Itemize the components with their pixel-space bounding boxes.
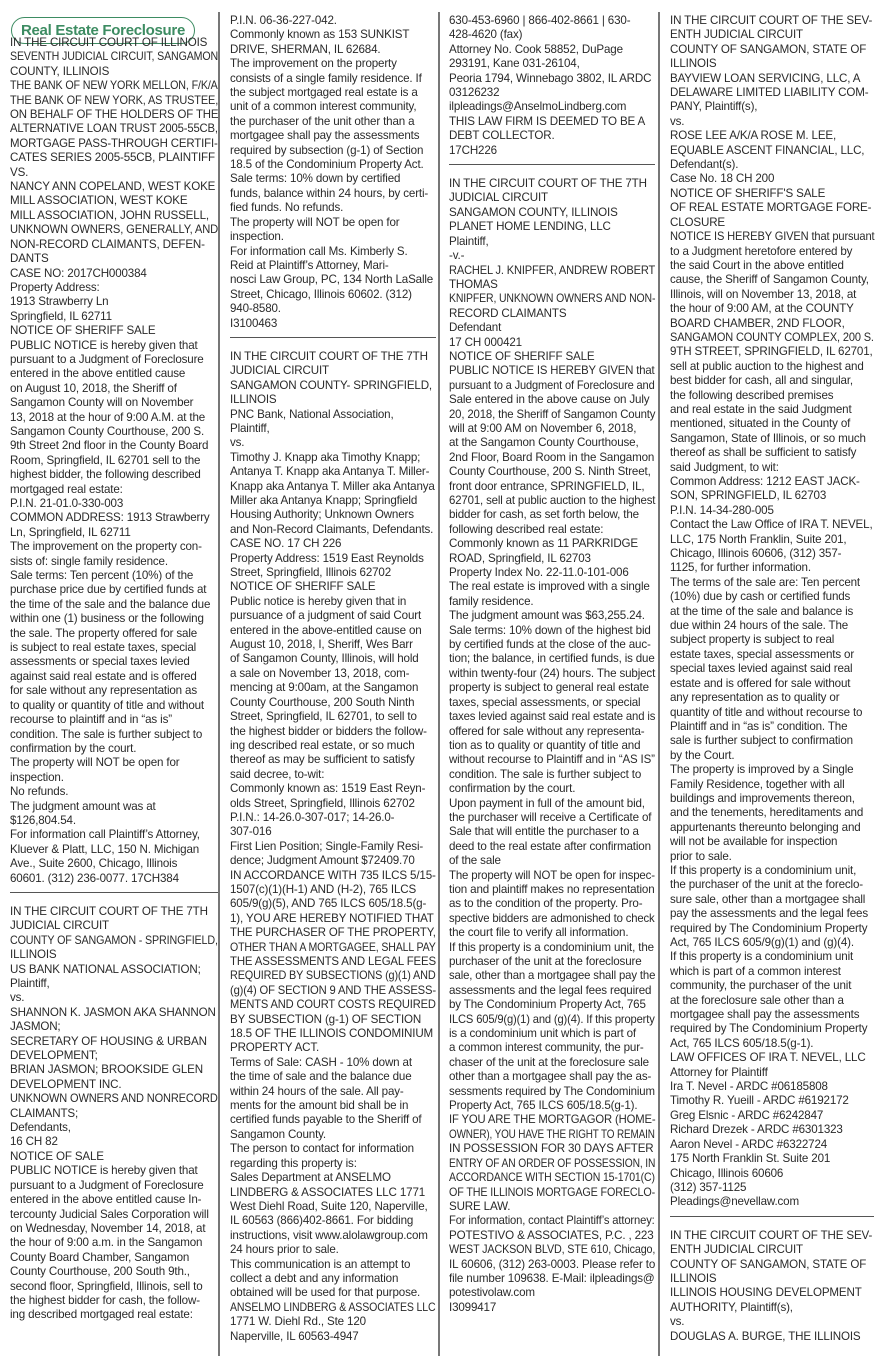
notice-line: Richard Drezek - ARDC #6301323 bbox=[670, 1123, 843, 1137]
notice-line: Upon payment in full of the amount bid, bbox=[449, 797, 645, 811]
notice-line: The property will NOT be open for bbox=[230, 216, 399, 230]
notice-line: The real estate is improved with a singl… bbox=[449, 580, 650, 594]
notice-line: tion as to quality or quantity of title … bbox=[449, 739, 640, 753]
notice-line: PUBLIC NOTICE is hereby given that bbox=[10, 1164, 198, 1178]
notice-line: SECRETARY OF HOUSING & URBAN bbox=[10, 1035, 207, 1049]
notice-line: vs. bbox=[230, 436, 244, 450]
notice-line: ANSELMO LINDBERG & ASSOCIATES LLC bbox=[230, 1301, 436, 1315]
notice-line: 1125, for further information. bbox=[670, 561, 811, 575]
notice-line: at the time of the sale and balance is bbox=[670, 605, 853, 619]
notice-line: Common Address: 1212 EAST JACK- bbox=[670, 475, 860, 489]
notice-line: instructions, visit www.alolawgroup.com bbox=[230, 1229, 428, 1243]
notice-line: DELAWARE LIMITED LIABILITY COM- bbox=[670, 86, 869, 100]
notice-line: The improvement on the property bbox=[230, 57, 397, 71]
notice-line: Aaron Nevel - ARDC #6322724 bbox=[670, 1138, 827, 1152]
notice-line: and real estate in the said Judgment bbox=[670, 403, 852, 417]
notice-line: CLAIMANTS; bbox=[10, 1107, 78, 1121]
notice-line: pursuant to a Judgment of Foreclosure an… bbox=[449, 379, 655, 393]
notice-line: Sale that will entitle the purchaser to … bbox=[449, 825, 639, 839]
notice-line: For information call Plaintiff’s Attorne… bbox=[10, 828, 200, 842]
notice-line: MORTGAGE PASS-THROUGH CERTIFI- bbox=[10, 137, 218, 151]
notice-line: THE BANK OF NEW YORK MELLON, F/K/A bbox=[10, 79, 218, 93]
notice-line: purchase price due by certified funds at bbox=[10, 583, 206, 597]
notice-line: sale is further subject to confirmation bbox=[670, 734, 853, 748]
notice-line: 940-8580. bbox=[230, 302, 281, 316]
notice-line: US BANK NATIONAL ASSOCIATION; bbox=[10, 963, 201, 977]
notice-line: 9TH STREET, SPRINGFIELD, IL 62701, bbox=[670, 345, 873, 359]
notice-line: P.I.N.: 14-26.0-307-017; 14-26.0- bbox=[230, 811, 394, 825]
notice-line: Public notice is hereby given that in bbox=[230, 595, 406, 609]
notice-line: the time of sale and the balance due bbox=[230, 1070, 412, 1084]
notice-line: Attorney No. Cook 58852, DuPage bbox=[449, 43, 623, 57]
notice-line: DEBT COLLECTOR. bbox=[449, 129, 555, 143]
notice-line: RECORD CLAIMANTS bbox=[449, 307, 566, 321]
notice-line: of the sale bbox=[449, 854, 501, 868]
notice-line: For information, contact Plaintiff’s att… bbox=[449, 1214, 655, 1228]
notice-line: special taxes levied against said real bbox=[670, 662, 852, 676]
notice-line: DANTS bbox=[10, 252, 49, 266]
notice-line: The property will NOT be open for bbox=[10, 756, 179, 770]
notice-line: Commonly known as: 1519 East Reyn- bbox=[230, 782, 425, 796]
notice-line: If this property is a condominium unit, bbox=[670, 864, 856, 878]
notice-line: Street, Springfield, Illinois 62702 bbox=[230, 566, 391, 580]
notice-line: COUNTY OF SANGAMON, STATE OF bbox=[670, 43, 866, 57]
notice-line: family residence. bbox=[449, 595, 533, 609]
notice-line: MENTS AND COURT COSTS REQUIRED bbox=[230, 998, 436, 1012]
notice-line: DRIVE, SHERMAN, IL 62684. bbox=[230, 43, 380, 57]
notice-line: Chicago, Illinois 60606 bbox=[670, 1167, 783, 1181]
notice-line: a sale on November 13, 2018, com- bbox=[230, 667, 409, 681]
notice-line: The judgment amount was at bbox=[10, 800, 156, 814]
notice-line: offered for sale without any representa- bbox=[449, 725, 645, 739]
notice-line: ILCS 605/9(g)(1) and (g)(4). If this pro… bbox=[449, 1013, 655, 1027]
notice-line: following described real estate: bbox=[449, 523, 603, 537]
notice-line: SANGAMON COUNTY, ILLINOIS bbox=[449, 206, 618, 220]
notice-line: Terms of Sale: CASH - 10% down at bbox=[230, 1056, 412, 1070]
notice-line: I3100463 bbox=[230, 317, 277, 331]
notice-line: other than a mortgagee shall pay the as- bbox=[449, 1070, 651, 1084]
notice-line: SON, SPRINGFIELD, IL 62703 bbox=[670, 489, 826, 503]
notice-line: P.I.N. 06-36-227-042. bbox=[230, 14, 337, 28]
notice-line: second floor, Springfield, Illinois, sel… bbox=[10, 1280, 203, 1294]
notice-line: pursuant to a Judgment of Foreclosure bbox=[10, 353, 204, 367]
notice-line: the highest bidder or bidders the follow… bbox=[230, 725, 427, 739]
notice-line: nosci Law Group, PC, 134 North LaSalle bbox=[230, 273, 433, 287]
notice-line: ENTRY OF AN ORDER OF POSSESSION, IN bbox=[449, 1157, 655, 1171]
notice-line: the following described premises bbox=[670, 389, 833, 403]
notice-line: UNKNOWN OWNERS AND NONRECORD bbox=[10, 1092, 218, 1106]
notice-line: Sale terms: 10% down of the highest bid bbox=[449, 624, 651, 638]
notice-line: thereof as shall be sufficient to satisf… bbox=[670, 446, 856, 460]
newspaper-page: Real Estate Foreclosure IN THE CIRCUIT C… bbox=[0, 0, 877, 1364]
notice-line: REQUIRED BY SUBSECTIONS (g)(1) AND bbox=[230, 969, 436, 983]
notice-line: for sale without any representation as bbox=[10, 684, 197, 698]
notice-line: IN THE CIRCUIT COURT OF THE 7TH bbox=[230, 350, 428, 364]
notice-line: inspection. bbox=[10, 771, 64, 785]
notice-line: 1913 Strawberry Ln bbox=[10, 295, 108, 309]
notice-line: the sale. The property offered for sale bbox=[10, 627, 197, 641]
notice-line: August 10, 2018, I, Sheriff, Wes Barr bbox=[230, 638, 413, 652]
notice-line: is subject to real estate taxes, special bbox=[10, 641, 196, 655]
notice-line: County Courthouse, 200 S. Ninth Street, bbox=[449, 465, 651, 479]
notice-line: the purchaser of the unit at the foreclo… bbox=[670, 878, 863, 892]
notice-line: 1771 W. Diehl Rd., Ste 120 bbox=[230, 1315, 366, 1329]
notice-line: Plaintiff, bbox=[449, 235, 489, 249]
notice-line: assessments or special taxes levied bbox=[10, 655, 190, 669]
notice-line: obtained will be used for that purpose. bbox=[230, 1286, 420, 1300]
notice-line: First Lien Position; Single-Family Resi- bbox=[230, 840, 423, 854]
notice-line: The property will NOT be open for inspec… bbox=[449, 869, 655, 883]
notice-line: Sangamon, State of Illinois, or so much bbox=[670, 432, 866, 446]
notice-line: IL 60606, (312) 263-0003. Please refer t… bbox=[449, 1258, 655, 1272]
notice-line: IN THE CIRCUIT COURT OF THE SEV- bbox=[670, 14, 872, 28]
notice-line: the said Court in the above entitled bbox=[670, 259, 844, 273]
notice-line: at the Sangamon County Courthouse, bbox=[449, 436, 639, 450]
column-2: P.I.N. 06-36-227-042.Commonly known as 1… bbox=[230, 14, 436, 1358]
notice-line: Kluever & Platt, LLC, 150 N. Michigan bbox=[10, 843, 199, 857]
notice-line: Case No. 18 CH 200 bbox=[670, 172, 774, 186]
legal-notice: IN THE CIRCUIT COURT OF THE 7THJUDICIAL … bbox=[230, 350, 436, 1344]
notice-line: NOTICE OF SHERIFF SALE bbox=[449, 350, 595, 364]
notice-line: MILL ASSOCIATION, JOHN RUSSELL, bbox=[10, 209, 209, 223]
notice-line: any representation as to quality or bbox=[670, 691, 839, 705]
notice-line: VS. bbox=[10, 166, 28, 180]
notice-line: Timothy R. Yueill - ARDC #6192172 bbox=[670, 1094, 849, 1108]
notice-line: PLANET HOME LENDING, LLC bbox=[449, 220, 611, 234]
notice-line: Sale terms: Ten percent (10%) of the bbox=[10, 569, 193, 583]
notice-line: collect a debt and any information bbox=[230, 1272, 398, 1286]
notice-line: the time of the sale and the balance due bbox=[10, 598, 210, 612]
notice-line: dence; Judgment Amount $72409.70 bbox=[230, 854, 415, 868]
notice-line: entered in the above entitled cause In- bbox=[10, 1193, 201, 1207]
notice-line: The judgment amount was $63,255.24. bbox=[449, 609, 645, 623]
notice-line: 293191, Kane 031-26104, bbox=[449, 57, 580, 71]
notice-line: community, the purchaser of the unit bbox=[670, 979, 851, 993]
notice-line: DOUGLAS A. BURGE, THE ILLINOIS bbox=[670, 1330, 861, 1344]
notice-line: the purchaser will receive a Certificate… bbox=[449, 811, 651, 825]
legal-notice: IN THE CIRCUIT COURT OF THE SEV-ENTH JUD… bbox=[670, 14, 874, 1210]
notice-line: within twenty-four (24) hours. The subje… bbox=[449, 667, 655, 681]
column-4: IN THE CIRCUIT COURT OF THE SEV-ENTH JUD… bbox=[670, 14, 874, 1358]
notice-line: against said real estate and is offered bbox=[10, 670, 197, 684]
notice-line: Sale entered in the above cause on July bbox=[449, 393, 649, 407]
notice-line: THE ASSESSMENTS AND LEGAL FEES bbox=[230, 955, 436, 969]
notice-line: confirmation by the court. bbox=[449, 782, 575, 796]
notice-line: Ln, Springfield, IL 62711 bbox=[10, 526, 131, 540]
notice-line: to a Judgment heretofore entered by bbox=[670, 245, 852, 259]
notice-line: OTHER THAN A MORTGAGEE, SHALL PAY bbox=[230, 941, 436, 955]
notice-line: MILL ASSOCIATION, WEST KOKE bbox=[10, 194, 187, 208]
notice-line: County Board Chamber, Sangamon bbox=[10, 1251, 189, 1265]
notice-separator bbox=[449, 164, 655, 165]
notice-line: required by subsection (g-1) of Section bbox=[230, 144, 423, 158]
notice-line: NOTICE IS HEREBY GIVEN that pursuant bbox=[670, 230, 874, 244]
notice-line: spective bidders are admonished to check bbox=[449, 912, 655, 926]
notice-line: will not be available for inspection bbox=[670, 835, 837, 849]
notice-line: Attorney for Plaintiff bbox=[670, 1066, 768, 1080]
notice-line: 18.5 of the Condominium Property Act. bbox=[230, 158, 424, 172]
notice-line: and the tenements, hereditaments and bbox=[670, 806, 863, 820]
notice-line: 307-016 bbox=[230, 825, 272, 839]
notice-line: IN THE CIRCUIT COURT OF ILLINOIS bbox=[10, 36, 207, 50]
notice-line: mortgagee shall pay the assessments bbox=[670, 1008, 859, 1022]
notice-line: JUDICIAL CIRCUIT bbox=[10, 919, 109, 933]
notice-line: Commonly known as 11 PARKRIDGE bbox=[449, 537, 638, 551]
notice-line: (312) 357-1125 bbox=[670, 1181, 746, 1195]
notice-line: Knapp aka Antanya T. Miller aka Antanya bbox=[230, 480, 435, 494]
notice-line: Housing Authority; Unknown Owners bbox=[230, 508, 414, 522]
notice-line: $126,804.54. bbox=[10, 814, 76, 828]
notice-line: 605/9(g)(5), AND 765 ILCS 605/18.5(g- bbox=[230, 897, 426, 911]
notice-line: thereof as may be sufficient to satisfy bbox=[230, 753, 415, 767]
notice-line: the subject mortgaged real estate is a bbox=[230, 86, 418, 100]
notice-line: THIS LAW FIRM IS DEEMED TO BE A bbox=[449, 115, 645, 129]
notice-line: IN THE CIRCUIT COURT OF THE SEV- bbox=[670, 1229, 872, 1243]
notice-line: fied funds. No refunds. bbox=[230, 201, 343, 215]
notice-line: 1507(c)(1)(H-1) AND (H-2), 765 ILCS bbox=[230, 883, 416, 897]
notice-line: condition. The sale is further subject t… bbox=[449, 768, 641, 782]
notice-line: at the foreclosure sale other than a bbox=[670, 994, 844, 1008]
notice-line: ilpleadings@AnselmoLindberg.com bbox=[449, 100, 626, 114]
notice-line: RACHEL J. KNIPFER, ANDREW ROBERT bbox=[449, 264, 655, 278]
legal-notice: P.I.N. 06-36-227-042.Commonly known as 1… bbox=[230, 14, 436, 331]
notice-line: Peoria 1794, Winnebago 3802, IL ARDC bbox=[449, 72, 651, 86]
notice-line: inspection. bbox=[230, 230, 284, 244]
notice-line: condition. The sale is further subject t… bbox=[10, 728, 202, 742]
legal-notice: IN THE CIRCUIT COURT OF THE SEV-ENTH JUD… bbox=[670, 1229, 874, 1344]
notice-line: Greg Elsnic - ARDC #6242847 bbox=[670, 1109, 823, 1123]
notice-line: and Non-Record Claimants, Defendants. bbox=[230, 523, 433, 537]
notice-line: This communication is an attempt to bbox=[230, 1258, 410, 1272]
notice-line: Act, 765 ILCS 605/9(g)(1) and (g)(4). bbox=[670, 936, 854, 950]
notice-line: estate taxes, special assessments or bbox=[670, 648, 854, 662]
notice-line: Sangamon County Courthouse, 200 S. bbox=[10, 425, 204, 439]
notice-line: mentioned, situated in the County of bbox=[670, 417, 850, 431]
notice-line: PUBLIC NOTICE IS HEREBY GIVEN that bbox=[449, 364, 655, 378]
notice-line: tercounty Judicial Sales Corporation wil… bbox=[10, 1208, 209, 1222]
notice-line: recourse to plaintiff and in “as is” bbox=[10, 713, 172, 727]
notice-line: unit of a common interest community, bbox=[230, 100, 416, 114]
notice-line: BRIAN JASMON; BROOKSIDE GLEN bbox=[10, 1063, 203, 1077]
notice-line: mortgagee shall pay the assessments bbox=[230, 129, 419, 143]
notice-line: 2nd Floor, Board Room in the Sangamon bbox=[449, 451, 654, 465]
notice-line: to quality or quantity of title and with… bbox=[10, 699, 204, 713]
notice-line: Plaintiff and in “as is” condition. The bbox=[670, 720, 847, 734]
notice-line: BAYVIEW LOAN SERVICING, LLC, A bbox=[670, 72, 860, 86]
notice-line: IN THE CIRCUIT COURT OF THE 7TH bbox=[449, 177, 647, 191]
notice-line: buildings and improvements thereon, bbox=[670, 792, 855, 806]
notice-line: 18.5 OF THE ILLINOIS CONDOMINIUM bbox=[230, 1027, 433, 1041]
notice-line: ENTH JUDICIAL CIRCUIT bbox=[670, 28, 803, 42]
notice-line: Room, Springfield, IL 62701 sell to the bbox=[10, 454, 200, 468]
notice-line: funds, balance within 24 hours, by certi… bbox=[230, 187, 428, 201]
notice-line: For information call Ms. Kimberly S. bbox=[230, 245, 408, 259]
notice-line: ing described mortgaged real estate: bbox=[10, 1308, 193, 1322]
notice-line: NOTICE OF SHERIFF SALE bbox=[230, 580, 376, 594]
notice-line: taxes, special assessments, or special bbox=[449, 696, 640, 710]
notice-line: THE BANK OF NEW YORK, AS TRUSTEE, bbox=[10, 94, 218, 108]
notice-line: CATES SERIES 2005-55CB, PLAINTIFF bbox=[10, 151, 215, 165]
column-divider bbox=[658, 12, 660, 1356]
notice-line: 175 North Franklin St. Suite 201 bbox=[670, 1152, 830, 1166]
legal-notice: 630-453-6960 | 866-402-8661 | 630-428-46… bbox=[449, 14, 655, 158]
notice-line: JASMON; bbox=[10, 1020, 60, 1034]
notice-line: front door entrance, SPRINGFIELD, IL, bbox=[449, 480, 645, 494]
notice-line: of Sangamon County, Illinois, will hold bbox=[230, 652, 419, 666]
notice-line: County Courthouse, 200 South 9th., bbox=[10, 1265, 190, 1279]
notice-line: Timothy J. Knapp aka Timothy Knapp; bbox=[230, 451, 420, 465]
notice-line: 16 CH 82 bbox=[10, 1135, 58, 1149]
notice-line: ments for the amount bid shall be in bbox=[230, 1099, 408, 1113]
notice-line: regarding this property is: bbox=[230, 1157, 357, 1171]
notice-line: Defendant bbox=[449, 321, 501, 335]
notice-line: best bidder for cash, all and singular, bbox=[670, 374, 853, 388]
column-1: IN THE CIRCUIT COURT OF ILLINOISSEVENTH … bbox=[10, 36, 218, 1358]
notice-line: The property is improved by a Single bbox=[670, 763, 853, 777]
notice-line: ROAD, Springfield, IL 62703 bbox=[449, 552, 591, 566]
notice-line: DEVELOPMENT; bbox=[10, 1049, 98, 1063]
notice-line: CLOSURE bbox=[670, 216, 725, 230]
notice-line: ACCORDANCE WITH SECTION 15-1701(C) bbox=[449, 1171, 655, 1185]
notice-line: Property Act, 765 ILCS 605/18.5(g-1). bbox=[449, 1099, 637, 1113]
notice-line: potestivolaw.com bbox=[449, 1286, 535, 1300]
notice-line: a common interest community, the pur- bbox=[449, 1041, 644, 1055]
notice-line: 428-4620 (fax) bbox=[449, 28, 522, 42]
notice-line: on Wednesday, November 14, 2018, at bbox=[10, 1222, 205, 1236]
notice-line: ing described real estate, or so much bbox=[230, 739, 415, 753]
notice-line: Street, Chicago, Illinois 60602. (312) bbox=[230, 288, 412, 302]
notice-line: chaser of the unit at the foreclosure sa… bbox=[449, 1056, 649, 1070]
notice-line: West Diehl Road, Suite 120, Naperville, bbox=[230, 1200, 428, 1214]
column-divider bbox=[218, 12, 220, 1356]
notice-line: KNIPFER, UNKNOWN OWNERS AND NON- bbox=[449, 292, 655, 306]
notice-line: PANY, Plaintiff(s), bbox=[670, 100, 757, 114]
legal-notice: IN THE CIRCUIT COURT OF THE 7THJUDICIAL … bbox=[10, 905, 218, 1323]
notice-line: the hour of 9:00 AM, at the COUNTY bbox=[670, 302, 854, 316]
notice-line: -v.- bbox=[449, 249, 464, 263]
notice-line: required by The Condominium Property bbox=[670, 922, 867, 936]
notice-line: ROSE LEE A/K/A ROSE M. LEE, bbox=[670, 129, 836, 143]
notice-line: The person to contact for information bbox=[230, 1142, 414, 1156]
notice-line: purchaser of the unit at the foreclosure bbox=[449, 955, 642, 969]
column-divider bbox=[438, 12, 440, 1356]
notice-line: deed to the real estate after confirmati… bbox=[449, 840, 651, 854]
notice-line: EQUABLE ASCENT FINANCIAL, LLC, bbox=[670, 144, 864, 158]
notice-line: confirmation by the court. bbox=[10, 742, 136, 756]
notice-line: CASE NO. 17 CH 226 bbox=[230, 537, 341, 551]
notice-line: cause, the Sheriff of Sangamon County, bbox=[670, 273, 869, 287]
notice-line: ILLINOIS bbox=[670, 57, 716, 71]
notice-line: pay the assessments and the legal fees bbox=[670, 907, 868, 921]
notice-line: Sale terms: 10% down by certified bbox=[230, 172, 400, 186]
notice-line: POTESTIVO & ASSOCIATES, P.C. , 223 bbox=[449, 1229, 654, 1243]
notice-line: JUDICIAL CIRCUIT bbox=[449, 191, 548, 205]
notice-line: AUTHORITY, Plaintiff(s), bbox=[670, 1301, 793, 1315]
notice-line: Naperville, IL 60563-4947 bbox=[230, 1330, 359, 1344]
notice-line: OF REAL ESTATE MORTGAGE FORE- bbox=[670, 201, 871, 215]
notice-line: No refunds. bbox=[10, 785, 68, 799]
notice-line: certified funds payable to the Sheriff o… bbox=[230, 1113, 422, 1127]
notice-line: The terms of the sale are: Ten percent bbox=[670, 576, 860, 590]
notice-line: THOMAS bbox=[449, 278, 498, 292]
notice-separator bbox=[10, 892, 218, 893]
notice-line: LINDBERG & ASSOCIATES LLC 1771 bbox=[230, 1186, 425, 1200]
notice-line: Ave., Suite 2600, Chicago, Illinois bbox=[10, 857, 177, 871]
notice-line: LAW OFFICES OF IRA T. NEVEL, LLC bbox=[670, 1051, 866, 1065]
notice-line: said Judgment, to wit: bbox=[670, 461, 779, 475]
notice-line: 1), YOU ARE HEREBY NOTIFIED THAT bbox=[230, 912, 434, 926]
legal-notice: IN THE CIRCUIT COURT OF ILLINOISSEVENTH … bbox=[10, 36, 218, 886]
notice-line: SEVENTH JUDICIAL CIRCUIT, SANGAMON bbox=[10, 50, 218, 64]
notice-line: Antanya T. Knapp aka Antanya T. Miller- bbox=[230, 465, 429, 479]
notice-separator bbox=[670, 1216, 874, 1217]
notice-line: IL 60563 (866)402-8661. For bidding bbox=[230, 1214, 413, 1228]
notice-line: the purchaser of the unit other than a bbox=[230, 115, 414, 129]
notice-line: IN POSSESSION FOR 30 DAYS AFTER bbox=[449, 1142, 654, 1156]
notice-line: COMMON ADDRESS: 1913 Strawberry bbox=[10, 511, 210, 525]
notice-line: consists of a single family residence. I… bbox=[230, 72, 422, 86]
notice-line: Defendant(s). bbox=[670, 158, 738, 172]
notice-line: ILLINOIS bbox=[230, 393, 276, 407]
notice-line: COUNTY, ILLINOIS bbox=[10, 65, 109, 79]
notice-line: Sangamon County. bbox=[230, 1128, 326, 1142]
notice-line: vs. bbox=[10, 991, 24, 1005]
notice-line: IF YOU ARE THE MORTGAGOR (HOME- bbox=[449, 1113, 655, 1127]
notice-line: pursuance of a judgment of said Court bbox=[230, 609, 421, 623]
notice-line: mencing at 9:00am, at the Sangamon bbox=[230, 681, 418, 695]
notice-line: NOTICE OF SHERIFF'S SALE bbox=[670, 187, 825, 201]
notice-line: Property Address: 1519 East Reynolds bbox=[230, 552, 424, 566]
notice-line: required by The Condominium Property bbox=[670, 1022, 867, 1036]
notice-line: Chicago, Illinois 60606, (312) 357- bbox=[670, 547, 841, 561]
notice-line: 9th Street 2nd floor in the County Board bbox=[10, 439, 208, 453]
notice-line: sell at public auction to the highest an… bbox=[670, 360, 864, 374]
notice-line: I3099417 bbox=[449, 1301, 496, 1315]
notice-line: vs. bbox=[670, 1315, 684, 1329]
notice-line: UNKNOWN OWNERS, GENERALLY, AND bbox=[10, 223, 218, 237]
column-3: 630-453-6960 | 866-402-8661 | 630-428-46… bbox=[449, 14, 655, 1358]
notice-line: CASE NO: 2017CH000384 bbox=[10, 267, 147, 281]
notice-line: highest bidder, the following described bbox=[10, 468, 201, 482]
notice-line: Property Index No. 22-11.0-101-006 bbox=[449, 566, 629, 580]
notice-line: Commonly known as 153 SUNKIST bbox=[230, 28, 409, 42]
notice-line: ILLINOIS bbox=[670, 1272, 716, 1286]
notice-line: Pleadings@nevellaw.com bbox=[670, 1195, 799, 1209]
notice-line: subject property is subject to real bbox=[670, 633, 834, 647]
notice-line: sessments required by The Condominium bbox=[449, 1085, 655, 1099]
notice-line: If this property is a condominium unit bbox=[670, 950, 853, 964]
notice-line: prior to sale. bbox=[670, 850, 732, 864]
notice-line: Property Address: bbox=[10, 281, 100, 295]
notice-line: 20, 2018, the Sheriff of Sangamon County bbox=[449, 408, 655, 422]
notice-separator bbox=[230, 337, 436, 338]
notice-line: sure sale, other than a mortgagee shall bbox=[670, 893, 865, 907]
notice-line: as to the condition of the property. Pro… bbox=[449, 897, 642, 911]
notice-line: quantity of title and without recourse t… bbox=[670, 706, 862, 720]
notice-line: the court file to verify all information… bbox=[449, 926, 628, 940]
notice-line: will at 9:00 AM on November 6, 2018, bbox=[449, 422, 636, 436]
notice-line: Ira T. Nevel - ARDC #06185808 bbox=[670, 1080, 828, 1094]
notice-line: NON-RECORD CLAIMANTS, DEFEN- bbox=[10, 238, 205, 252]
notice-line: NOTICE OF SHERIFF SALE bbox=[10, 324, 156, 338]
notice-line: PNC Bank, National Association, bbox=[230, 408, 394, 422]
notice-line: OWNER), YOU HAVE THE RIGHT TO REMAIN bbox=[449, 1128, 655, 1142]
notice-line: ALTERNATIVE LOAN TRUST 2005-55CB, bbox=[10, 122, 218, 136]
notice-line: 13, 2018 at the hour of 9:00 A.M. at the bbox=[10, 411, 205, 425]
notice-line: Plaintiff, bbox=[10, 977, 50, 991]
notice-line: Springfield, IL 62711 bbox=[10, 310, 112, 324]
notice-line: which is part of a common interest bbox=[670, 965, 841, 979]
